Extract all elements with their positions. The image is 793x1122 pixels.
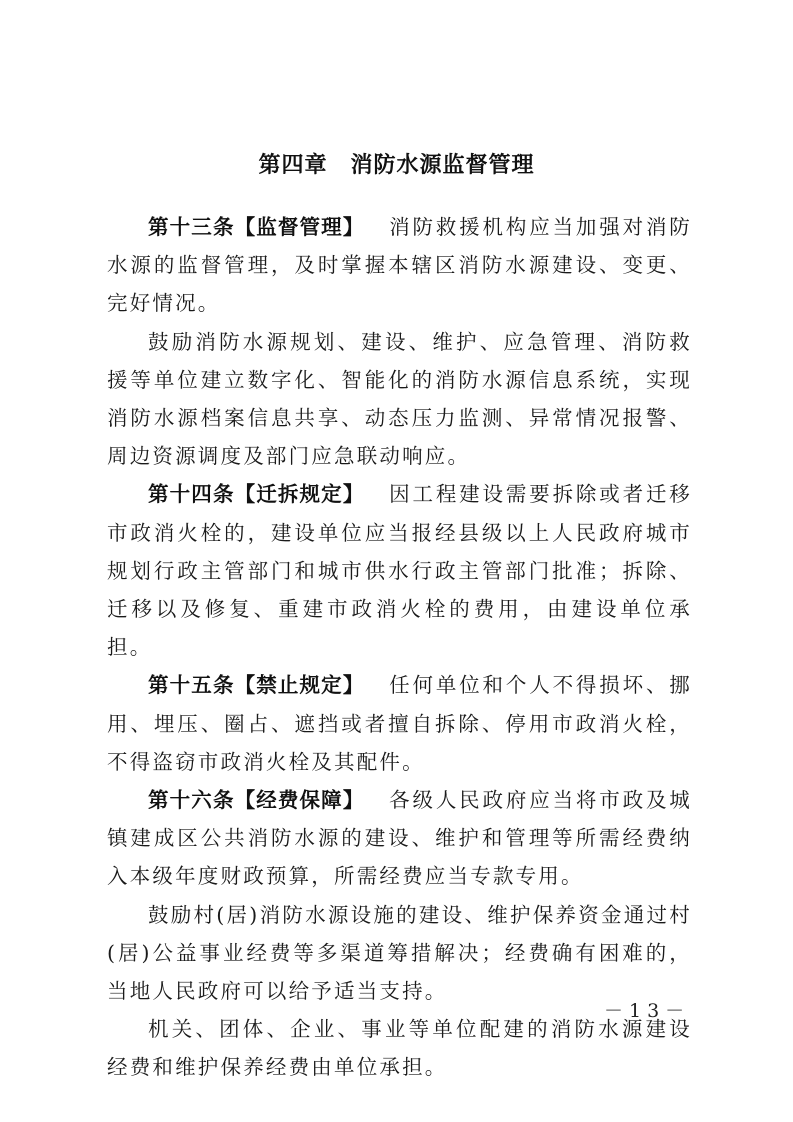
paragraph-village-funding: 鼓励村(居)消防水源设施的建设、维护保养资金通过村(居)公益事业经费等多渠道筹措…	[107, 896, 692, 1011]
body-text: 第十三条【监督管理】消防救援机构应当加强对消防水源的监督管理，及时掌握本辖区消防…	[107, 208, 692, 1087]
article-16: 第十六条【经费保障】各级人民政府应当将市政及城镇建成区公共消防水源的建设、维护和…	[107, 781, 692, 896]
document-page: 第四章 消防水源监督管理 第十三条【监督管理】消防救援机构应当加强对消防水源的监…	[0, 0, 793, 1122]
article-heading: 第十六条【经费保障】	[148, 788, 364, 812]
page-number: －13－	[604, 996, 690, 1023]
paragraph-digital-system: 鼓励消防水源规划、建设、维护、应急管理、消防救援等单位建立数字化、智能化的消防水…	[107, 323, 692, 476]
article-text: 因工程建设需要拆除或者迁移市政消火栓的，建设单位应当报经县级以上人民政府城市规划…	[107, 482, 692, 659]
paragraph-text: 鼓励消防水源规划、建设、维护、应急管理、消防救援等单位建立数字化、智能化的消防水…	[107, 330, 692, 469]
article-14: 第十四条【迁拆规定】因工程建设需要拆除或者迁移市政消火栓的，建设单位应当报经县级…	[107, 475, 692, 666]
article-heading: 第十五条【禁止规定】	[148, 673, 364, 697]
paragraph-text: 鼓励村(居)消防水源设施的建设、维护保养资金通过村(居)公益事业经费等多渠道筹措…	[107, 903, 692, 1003]
article-heading: 第十四条【迁拆规定】	[148, 482, 364, 506]
paragraph-text: 机关、团体、企业、事业等单位配建的消防水源建设经费和维护保养经费由单位承担。	[107, 1017, 692, 1079]
chapter-title: 第四章 消防水源监督管理	[0, 148, 793, 179]
article-heading: 第十三条【监督管理】	[148, 215, 364, 239]
article-15: 第十五条【禁止规定】任何单位和个人不得损坏、挪用、埋压、圈占、遮挡或者擅自拆除、…	[107, 666, 692, 781]
article-13: 第十三条【监督管理】消防救援机构应当加强对消防水源的监督管理，及时掌握本辖区消防…	[107, 208, 692, 323]
